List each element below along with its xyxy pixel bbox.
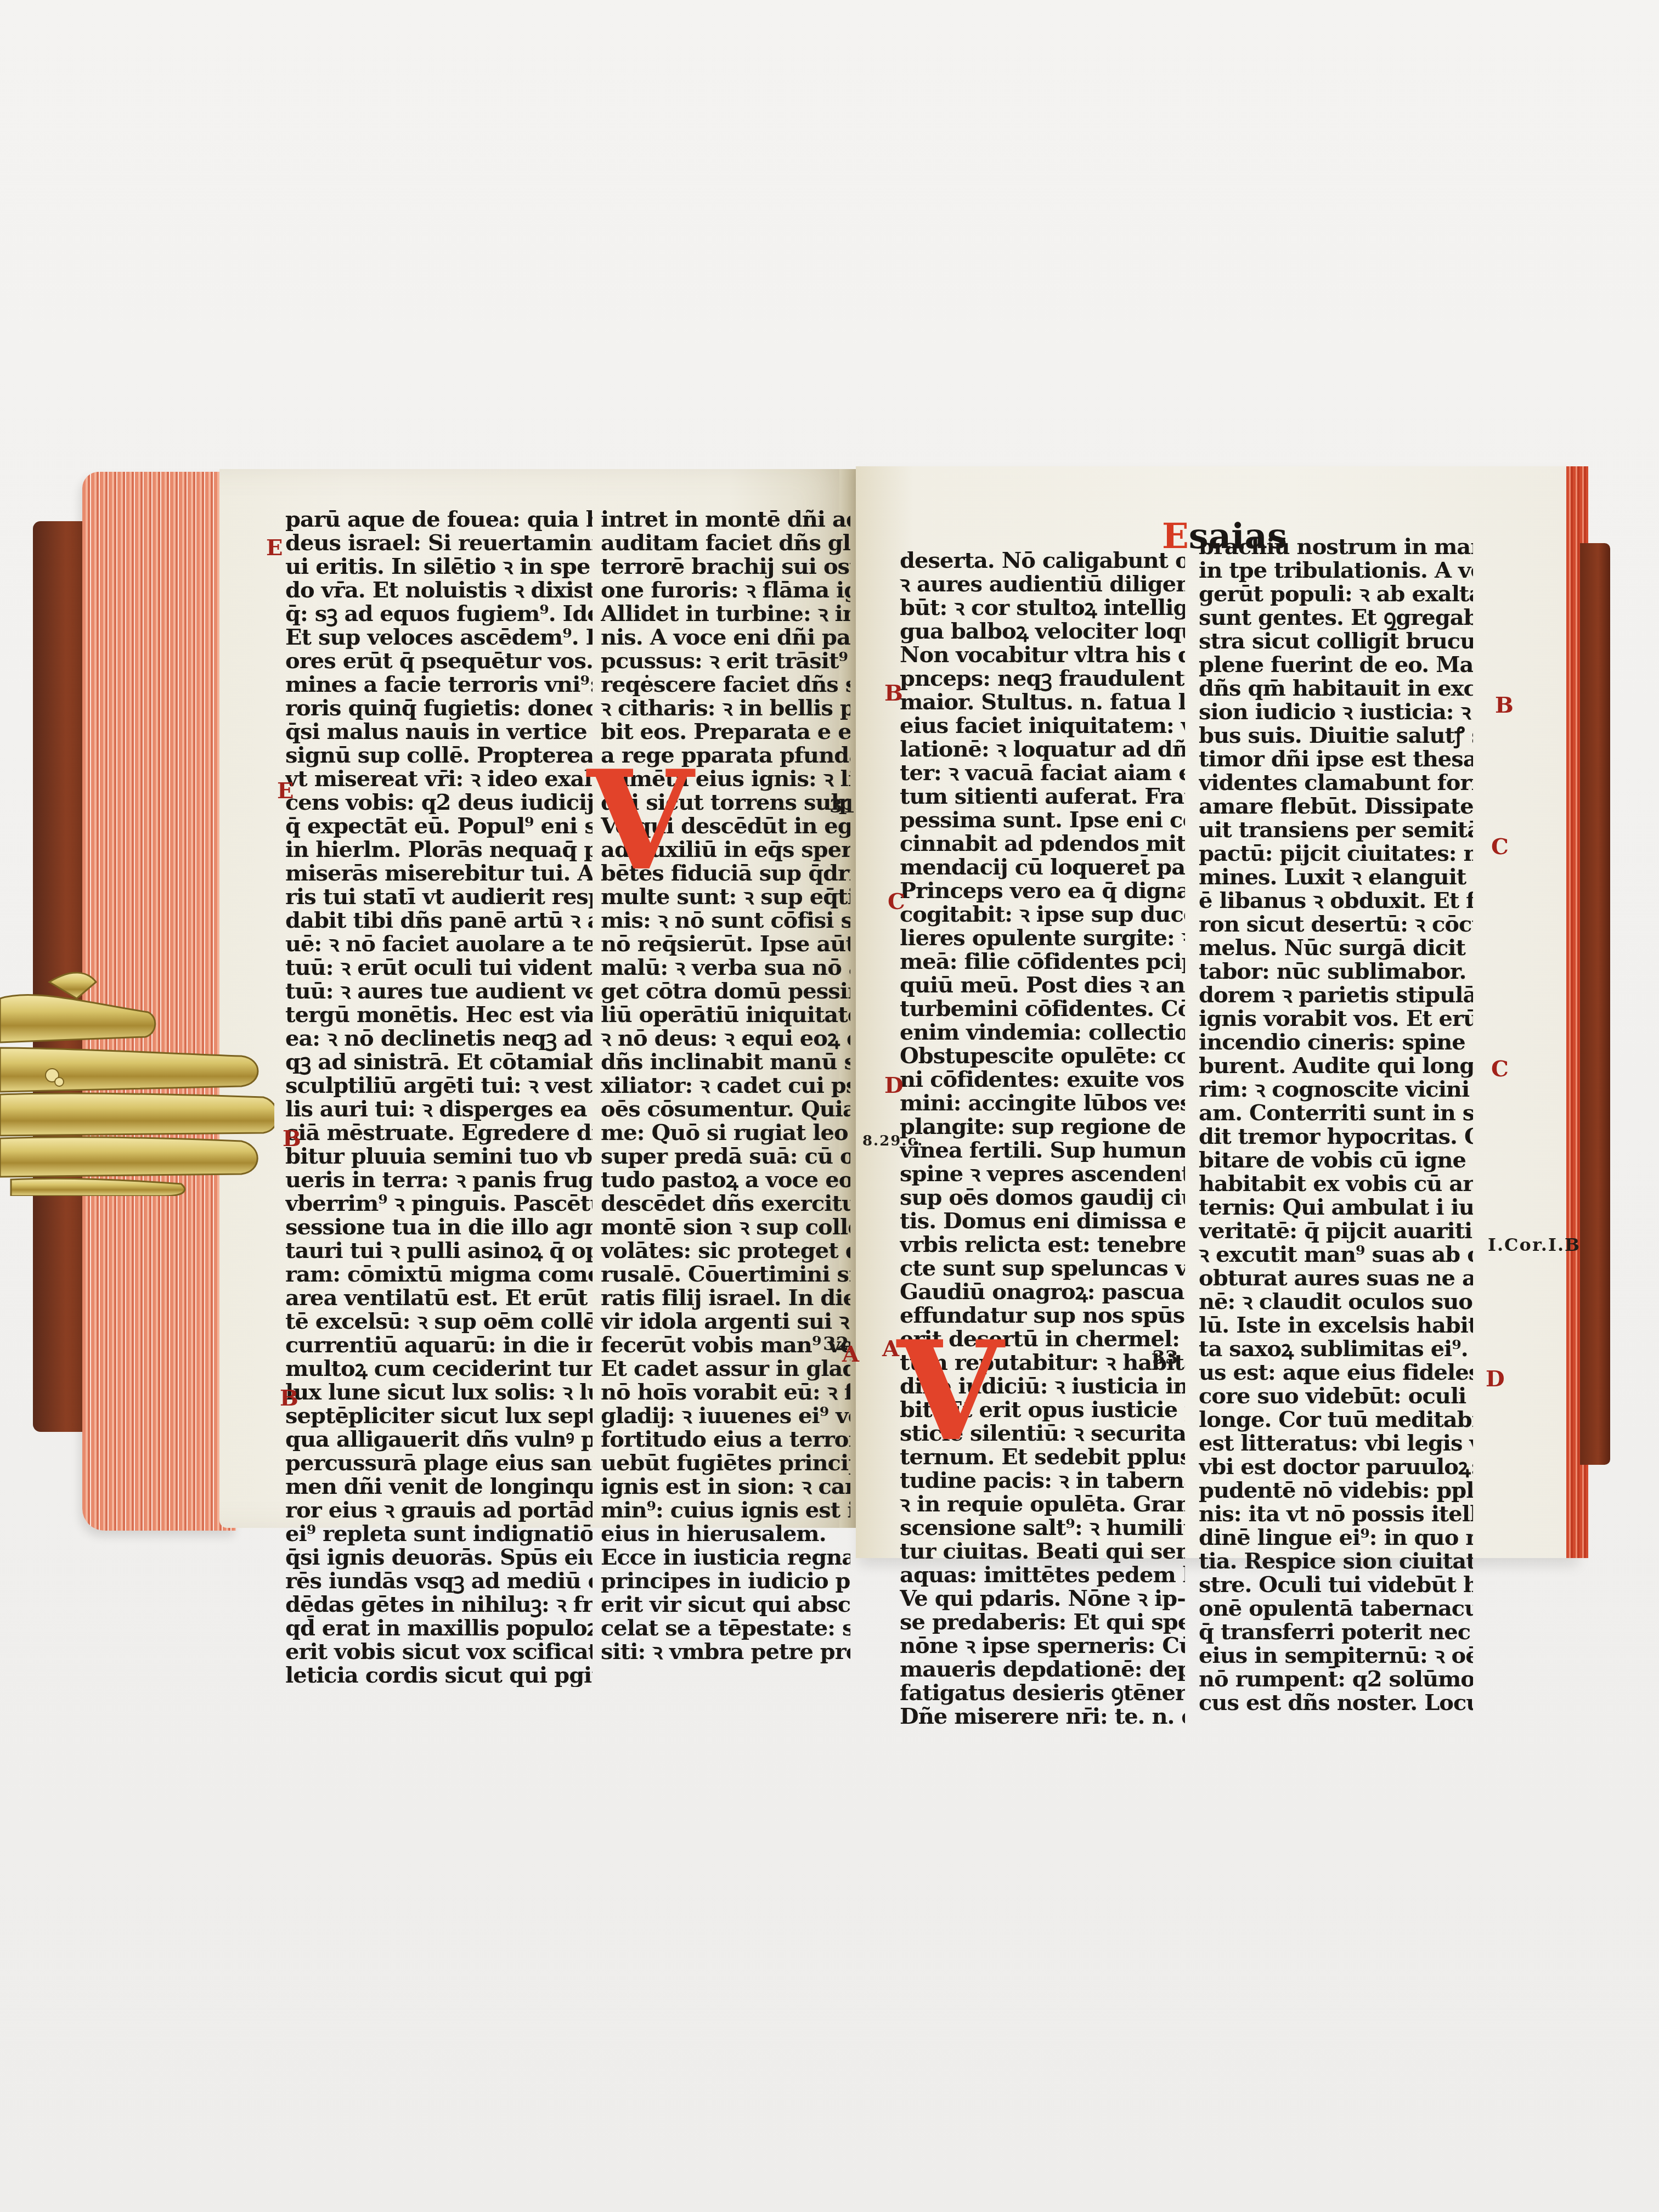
text-line: nōne ꝛ ipse sperneris: Cū ꝯsum (900, 1634, 1185, 1657)
text-line: q̄ expectāt eū. Popul⁹ eni sion habitabi… (285, 814, 592, 838)
margin-letter: B (283, 1126, 301, 1152)
cross-reference-note: 8.29.c. (862, 1133, 923, 1149)
text-line: vinea fertili. Sup humum populi mei (900, 1138, 1185, 1162)
text-line: rim: ꝛ cognoscite vicini fortitudinē me (1199, 1077, 1473, 1101)
margin-letter: E (266, 535, 283, 561)
text-line: pessima sunt. Ipse eni cogitationes cō- (900, 808, 1185, 832)
text-line: septēpliciter sicut lux septē dierū: in … (285, 1404, 592, 1427)
text-line: Non vocabitur vltra his q insipiens ē: (900, 643, 1185, 667)
text-line: gerūt populi: ꝛ ab exaltatōe tua dispse (1199, 582, 1473, 606)
text-line: am. Conterriti sunt in sion peccatores: … (1199, 1101, 1473, 1125)
text-line: leticia cordis sicut qui pgit cuꝫ tibia … (285, 1663, 592, 1687)
text-line: ni cōfidentes: exuite vos ꝛ confundi- (900, 1068, 1185, 1091)
text-line: Dñe miserere nr̄i: te. n. expectam⁹: est… (900, 1705, 1185, 1728)
text-line: fecerūt vobis man⁹ vestre in peccatum. (601, 1333, 850, 1357)
left-page-column-1: parū aque de fouea: quia hec dicit dñsde… (285, 507, 592, 1687)
text-line: dabit tibi dñs panē artū ꝛ aquā bre- (285, 909, 592, 932)
text-line: mis: ꝛ nō sunt cōfisi sup sctm isrl: ꝛ d… (601, 909, 850, 932)
text-line: q̄si malus nauis in vertice mōtis: ꝛ q̄s… (285, 720, 592, 743)
margin-letter: D (884, 1073, 904, 1098)
text-line: ris tui statī vt audierit respōdebit tib… (285, 885, 592, 909)
brass-hand-book-weight-icon (0, 966, 274, 1196)
text-line: meā: filie cōfidentes pcipite aurib⁹ elo (900, 950, 1185, 973)
text-line: nis. A voce eni dñi pauebit assur virga (601, 625, 850, 649)
text-line: bitur pluuia semini tuo vbicūqꝫ semia (285, 1144, 592, 1168)
text-line: ꝛ aures audientiū diligenter ausculta- (900, 572, 1185, 596)
text-line: ter: ꝛ vacuā faciat aiam esurientis: ꝛ p… (900, 761, 1185, 785)
text-line: sessione tua in die illo agn⁹ spaciose: … (285, 1215, 592, 1239)
margin-letter: B (280, 1385, 298, 1411)
margin-letter: A (882, 1336, 899, 1362)
text-line: us est: aque eius fideles sunt. Regē in … (1199, 1361, 1473, 1384)
text-line: fatigatus desieris ꝯtēnere: contēneris. (900, 1681, 1185, 1705)
text-line: malū: ꝛ verba sua nō abstulit. Et cōsur (601, 956, 850, 979)
margin-letter: D (1486, 1366, 1505, 1392)
margin-letter: C (888, 889, 905, 915)
text-line: lieres opulente surgite: ꝛ audite vocē (900, 926, 1185, 950)
text-line: men dñi venit de longinquo: ardēs fu (285, 1475, 592, 1498)
text-line: eius faciet iniquitatem: vt pficiat simu… (900, 714, 1185, 737)
text-line: tum sitienti auferat. Fraudulenti vasa (900, 785, 1185, 808)
text-line: vberrim⁹ ꝛ pinguis. Pascētur in pos- (285, 1192, 592, 1215)
text-line: plene fuerint de eo. Magnificatus est (1199, 653, 1473, 676)
text-line: signū sup collē. Propterea expectat dñs (285, 743, 592, 767)
text-line: lux lune sicut lux solis: ꝛ lux solis er… (285, 1380, 592, 1404)
text-line: deserta. Nō caligabunt oculi videntiū: (900, 549, 1185, 572)
text-line: one furoris: ꝛ flāma ignis deuorantis. (601, 578, 850, 602)
text-line: ꝛ citharis: ꝛ in bellis pcipuis expugna- (601, 696, 850, 720)
text-line: stre. Oculi tui videbūt hierlm habitati (1199, 1573, 1473, 1596)
left-page-column-2: intret in montē dñi ad fortē israel. Eta… (601, 507, 850, 1663)
text-line: nō hoīs vorabit eū: ꝛ fugiet nō a facie (601, 1380, 850, 1404)
text-line: vir idola argenti sui ꝛ idola auri sui q… (601, 1310, 850, 1333)
text-line: descēdet dñs exercituū vt prelief super (601, 1192, 850, 1215)
text-line: erit vobis sicut vox scificate solēnitat… (285, 1640, 592, 1663)
text-line: quiū meū. Post dies ꝛ annos: ꝛ vos (900, 973, 1185, 997)
text-line: rēs iundās vsqꝫ ad mediū colli: ad per (285, 1569, 592, 1593)
text-line: lis auri tui: ꝛ disperges ea sicut imūdi… (285, 1097, 592, 1121)
chapter-number: 31 (830, 795, 855, 817)
text-line: Ve qui pdaris. Nōne ꝛ ip- (900, 1587, 1185, 1610)
text-line: Allidet in turbine: ꝛ in lapide grandi- (601, 602, 850, 625)
text-line: dñs qm̄ habitauit in excelso: impleuit (1199, 676, 1473, 700)
text-line: ratis filij israel. In die eni illa abij… (601, 1286, 850, 1310)
text-line: q̄ transferri poterit nec auferent̄ clau… (1199, 1620, 1473, 1644)
text-line: plangite: sup regione desiderabili: sup (900, 1115, 1185, 1138)
text-line: oēs cōsumentur. Quia hec dicit dñs ad (601, 1097, 850, 1121)
text-line: sion iudicio ꝛ iusticia: ꝛ erit fides in… (1199, 700, 1473, 724)
text-line: lationē: ꝛ loquatur ad dñm fraudulen (900, 737, 1185, 761)
text-line: mini: accingite lūbos vestros. Sup vbera (900, 1091, 1185, 1115)
text-line: burent. Audite qui longe estis q̄ fece- (1199, 1054, 1473, 1077)
chapter-number: 33 (1152, 1347, 1178, 1369)
text-line: onē opulentā tabernaculū qd̄ nequa- (1199, 1596, 1473, 1620)
text-line: maior. Stultus. n. fatua loquetur ꝛ cor (900, 690, 1185, 714)
text-line: ei⁹ repleta sunt indignatiōe: ꝛ ligua ei… (285, 1522, 592, 1545)
text-line: ē libanus ꝛ obduxit. Et factus est sa- (1199, 889, 1473, 912)
text-line: percussurā plage eius sanauerit. Ecce no (285, 1451, 592, 1475)
text-line: sculptiliū argēti tui: ꝛ vestimētū cōfla… (285, 1074, 592, 1097)
right-page-column-1: deserta. Nō caligabunt oculi videntiū:ꝛ … (900, 549, 1185, 1728)
text-line: multoꝝ cum ceciderint turres. Et erit (285, 1357, 592, 1380)
text-line: volātes: sic proteget dñs exercituū hie (601, 1239, 850, 1262)
text-line: qꝫ ad sinistrā. Et cōtamiabis laminas (285, 1050, 592, 1074)
text-line: pcussus: ꝛ erit trāsit⁹ virge fundat⁹ qu… (601, 649, 850, 673)
text-line: area ventilatū est. Et erūt sup oēm mon (285, 1286, 592, 1310)
text-line: ꝛ in requie opulēta. Grando aūt in de (900, 1492, 1185, 1516)
text-line: reqėscere faciet dñs sup eū: in tympanis (601, 673, 850, 696)
text-line: nis: ita vt nō possis itelligere diserti… (1199, 1502, 1473, 1526)
text-line: ꝛ nō deus: ꝛ equi eoꝝ caro ꝛ nō spūs. Et (601, 1026, 850, 1050)
text-line: uit transiens per semitā: irritū factū ē (1199, 818, 1473, 842)
text-line: lū. Iste in excelsis habitabit: munimen (1199, 1313, 1473, 1337)
text-line: timor dñi ipse est thesaurus eius. Ecce (1199, 747, 1473, 771)
rubricated-initial-chapter-31: V (587, 752, 693, 889)
text-line: videntes clamabunt foris: angeli pacis (1199, 771, 1473, 794)
text-line: est litteratus: vbi legis verba pōderās: (1199, 1431, 1473, 1455)
text-line: tauri tui ꝛ pulli asinoꝝ q̄ operātur ter… (285, 1239, 592, 1262)
margin-letter: E (277, 778, 294, 804)
text-line: Et cadet assur in gladio nō viri: ꝛ glad… (601, 1357, 850, 1380)
text-line: Et sup veloces ascēdem⁹. Ideo veloci- (285, 625, 592, 649)
text-line: tabor: nūc sublimabor. Cōcipietis ar (1199, 960, 1473, 983)
text-line: ignis est in sion: ꝛ caminus (601, 1475, 850, 1498)
text-line: vrbis relicta est: tenebre ꝛ palpatio fa… (900, 1233, 1185, 1256)
text-line: uē: ꝛ nō faciet auolare a te vltra docto… (285, 932, 592, 956)
right-page-column-2: brachiū nostrum in mane: ꝛ salus nr̄ain … (1199, 535, 1473, 1714)
text-line: dinē lingue ei⁹: in quo nulla est sapien (1199, 1526, 1473, 1549)
text-line: mines. Luxit ꝛ elanguit terra: cōfusus (1199, 865, 1473, 889)
text-line: mines a facie terroris vni⁹: ꝛ a facie t… (285, 673, 592, 696)
text-line: ignis vorabit vos. Et erūt ppli quasi de (1199, 1007, 1473, 1030)
text-line: cogitabit: ꝛ ipse sup duces stabit. Mu (900, 902, 1185, 926)
text-line: ueris in terra: ꝛ panis frugū terre erit (285, 1168, 592, 1192)
text-line: roris quinq̄ fugietis: donec relinquamin… (285, 696, 592, 720)
text-line: qua alligauerit dñs vulnꝰ populi sui: ꝛ (285, 1427, 592, 1451)
text-line: habitabit ex vobis cū ardorib⁹ sempi (1199, 1172, 1473, 1195)
text-line: core suo videbūt: oculi eius cernēt terr… (1199, 1384, 1473, 1408)
text-line: currentiū aquarū: in die interfectionis (285, 1333, 592, 1357)
text-line: sunt gentes. Et ꝯgregabūtur spolia ve (1199, 606, 1473, 629)
text-line: vbi est doctor paruuloꝝ: Populū im- (1199, 1455, 1473, 1479)
text-line: super predā suā: cū occurrerit ei multi- (601, 1144, 850, 1168)
text-line: se predaberis: Et qui spernis: (900, 1610, 1185, 1634)
text-line: pudentē nō videbis: pplm alti sermo (1199, 1479, 1473, 1502)
text-line: sup oēs domos gaudij ciuitatis exultā- (900, 1186, 1185, 1209)
text-line: ror eius ꝛ grauis ad portādum. Labia (285, 1498, 592, 1522)
margin-letter: B (884, 680, 903, 706)
text-line: stra sicut colligit̄ brucus: velut cū fo… (1199, 629, 1473, 653)
text-line: tuū: ꝛ aures tue audient verbū post (285, 979, 592, 1003)
text-line: principes in iudicio preerūt. Et (601, 1569, 850, 1593)
text-line: uebūt fugiētes principes ei⁹: dixit dñs … (601, 1451, 850, 1475)
margin-letter: C (1491, 1056, 1509, 1082)
text-line: veritatē: q̄ pijcit auaritiā ex calūnia: (1199, 1219, 1473, 1243)
text-line: erit vir sicut qui absconditur a vēto: ꝛ (601, 1593, 850, 1616)
text-line: būt: ꝛ cor stultoꝝ intelliget sciam: ꝛ l… (900, 596, 1185, 619)
text-line: do vr̄a. Et noluistis ꝛ dixistis: Nequa- (285, 578, 592, 602)
text-line: qd̄ erat in maxillis populoꝝ. Canticū (285, 1616, 592, 1640)
text-line: auditam faciet dñs gloriā vocis sue: ꝛ (601, 531, 850, 555)
text-line: tuū: ꝛ erūt oculi tui videntes pceptorē (285, 956, 592, 979)
text-line: melus. Nūc surgā dicit dñs: nūc exal (1199, 936, 1473, 960)
text-line: nō rumpent̄: q2 solūmodo ibi magnifi (1199, 1667, 1473, 1691)
text-line: bus suis. Diuitie salutꝭ sapientia ꝛ sci… (1199, 724, 1473, 747)
text-line: vt misereat vr̄i: ꝛ ideo exaltabitur par (285, 767, 592, 791)
text-line: xiliator: ꝛ cadet cui pstat auxiliū simu… (601, 1074, 850, 1097)
margin-letter: C (1491, 834, 1509, 860)
text-line: q̄: sꝫ ad equos fugiem⁹. Ideo fugietis. (285, 602, 592, 625)
text-line: in hierlm. Plorās nequaq̄ plorabis: (285, 838, 592, 861)
text-line: tudo pastoꝝ a voce eoꝝ nō formidabit: (601, 1168, 850, 1192)
text-line: Gaudiū onagroꝝ: pascua gregū: donec (900, 1280, 1185, 1304)
text-line: q̄si ignis deuorās. Spūs eius velut tor (285, 1545, 592, 1569)
text-line: tia. Respice sion ciuitatē solēnitatis n… (1199, 1549, 1473, 1573)
photo-scene: Esaias parū aque de fouea: quia hec dici… (0, 0, 1659, 2212)
margin-letter: B (1495, 692, 1514, 718)
text-line: tergū monētis. Hec est via: ambulate i (285, 1003, 592, 1026)
rubricated-initial-chapter-33: V (897, 1322, 1003, 1459)
text-line: tis. Domus eni dimissa est: multitudo (900, 1209, 1185, 1233)
text-line: ta saxoꝝ sublimitas ei⁹. Panis ei dat (1199, 1337, 1473, 1361)
text-line: in tpe tribulationis. A voce angeli fu- (1199, 558, 1473, 582)
text-line: nē: ꝛ claudit oculos suos ne videat ma (1199, 1290, 1473, 1313)
text-line: tur ciuitas. Beati qui seminat̄ sup oēs (900, 1539, 1185, 1563)
text-line: ui eritis. In silētio ꝛ in spe erit fort… (285, 555, 592, 578)
text-line: celat se a tēpestate: sicut riui aquarū … (601, 1616, 850, 1640)
text-line: cte sunt sup speluncas vsqꝫ in eternum (900, 1256, 1185, 1280)
text-line: rusalē. Cōuertimini sicut in pfundū rece… (601, 1262, 850, 1286)
text-line: dñs inclinabit manū suā: ꝛ corruet au- (601, 1050, 850, 1074)
text-line: eius in hierusalem. (601, 1522, 850, 1545)
text-line: incendio cineris: spine cōgregate igni c… (1199, 1030, 1473, 1054)
text-line: pactū: pijcit ciuitates: nō reputauit ho (1199, 842, 1473, 865)
text-line: ores erūt q̄ psequētur vos. Mille ho- (285, 649, 592, 673)
text-line: ron sicut desertū: ꝛ cōcussa ē basan ꝛ c… (1199, 912, 1473, 936)
text-line: siti: ꝛ vmbra petre prominētis in terra (601, 1640, 850, 1663)
text-line: dorem ꝛ parietis stipulā: spūs vester vt (1199, 983, 1473, 1007)
text-line: mendacij cū loqueret̄ pauper iudiciu (900, 855, 1185, 879)
text-line: brachiū nostrum in mane: ꝛ salus nr̄a (1199, 535, 1473, 558)
text-line: maueris depdationē: depdaberis: cum (900, 1657, 1185, 1681)
text-line: cens vobis: q2 deus iudicij dñs. Beati o… (285, 791, 592, 814)
cross-reference-note: I.Cor.I.B (1488, 1234, 1581, 1255)
text-line: ꝛ excutit man⁹ suas ab oī munere. Qui (1199, 1243, 1473, 1266)
text-line: scensione salt⁹: ꝛ humilitate humiliabi (900, 1516, 1185, 1539)
text-line: amare flebūt. Dissipate sunt vie: cessa- (1199, 794, 1473, 818)
text-line: Obstupescite opulēte: conturbami- (900, 1044, 1185, 1068)
text-line: Ecce in iusticia regnabit rex: et (601, 1545, 850, 1569)
text-line: dit tremor hypocritas. Quis poterit ha (1199, 1125, 1473, 1148)
text-line: turbemini cōfidentes. Cōsummata ē (900, 997, 1185, 1020)
leather-cover-right (1580, 543, 1610, 1465)
text-line: ram: cōmixtū migma comedēt sicut in (285, 1262, 592, 1286)
text-line: me: Quō si rugiat leo ꝛ catulus leonis (601, 1121, 850, 1144)
text-line: ternis: Qui ambulat i iusticijs: ꝛ loqtu… (1199, 1195, 1473, 1219)
text-line: cinnabit ad pdendos mites in sermō (900, 832, 1185, 855)
text-line: get cōtra domū pessimoꝝ: ꝛ cōtra auxi- (601, 979, 850, 1003)
text-line: nō req̄sierūt. Ipse aūt sapiens adduxit (601, 932, 850, 956)
text-line: ea: ꝛ nō declinetis neqꝫ ad dexterā ne- (285, 1026, 592, 1050)
text-line: tē excelsū: ꝛ sup oēm collē eleuatū riui (285, 1310, 592, 1333)
text-line: cus est dñs noster. Locus fluuioꝝ riui (1199, 1691, 1473, 1714)
text-line: parū aque de fouea: quia hec dicit dñs (285, 507, 592, 531)
text-line: ciā mēstruate. Egredere dices ei. Et da (285, 1121, 592, 1144)
text-line: deus israel: Si reuertamini ꝛ q̇escatis:… (285, 531, 592, 555)
text-line: dēdas gētes in nihiluꝫ: ꝛ frenū erroris (285, 1593, 592, 1616)
text-line: tudine pacis: ꝛ in tabernaculis fiducie (900, 1469, 1185, 1492)
text-line: pnceps: neqꝫ fraudulentus appellabit̄ (900, 667, 1185, 690)
chapter-number: 32 (823, 1333, 849, 1355)
text-line: eius in sempiternū: ꝛ oēs funiculi eius (1199, 1644, 1473, 1667)
text-line: longe. Cor tuū meditabit timorē. Ubi (1199, 1408, 1473, 1431)
text-line: intret in montē dñi ad fortē israel. Et (601, 507, 850, 531)
text-line: terrorē brachij sui ostēdet in cōminati- (601, 555, 850, 578)
text-line: gladij: ꝛ iuuenes ei⁹ vectigales erūt. E… (601, 1404, 850, 1427)
text-line: fortitudo eius a terrore trāsibit: ꝛ pa- (601, 1427, 850, 1451)
text-line: gua balboꝝ velociter loquet̄ ꝛ plane. (900, 619, 1185, 643)
text-line: miserās miserebitur tui. Ad vocē clamo (285, 861, 592, 885)
text-line: liū operātiū iniquitatē. Egypt⁹ homo (601, 1003, 850, 1026)
text-line: spine ꝛ vepres ascendent: q̄to magis (900, 1162, 1185, 1186)
text-line: bitare de vobis cū igne deuorāte: Quis (1199, 1148, 1473, 1172)
text-line: obturat aures suas ne audiat sangui- (1199, 1266, 1473, 1290)
text-line: Princeps vero ea q̄ digna sunt p̄ncipe (900, 879, 1185, 902)
text-line: aquas: imittētes pedem bouis ꝛ asini. (900, 1563, 1185, 1587)
text-line: min⁹: cuius ignis est in sion: ꝛ camin⁹ (601, 1498, 850, 1522)
text-line: montē sion ꝛ sup collem ei⁹. Sicut aues (601, 1215, 850, 1239)
text-line: enim vindemia: collectio vltra nō venit. (900, 1020, 1185, 1044)
